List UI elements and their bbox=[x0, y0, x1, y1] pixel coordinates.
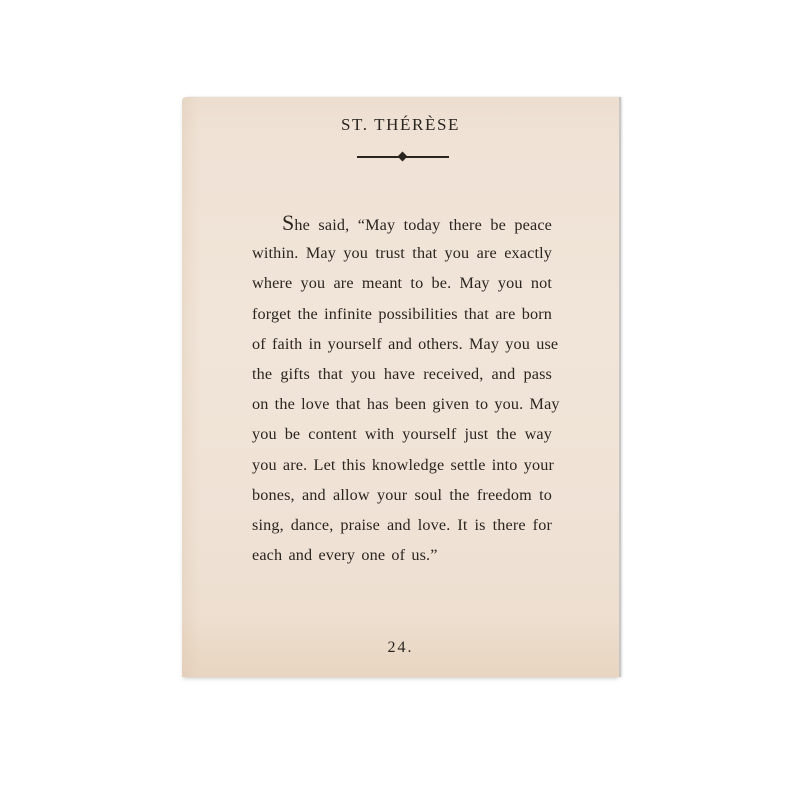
page-title: ST. THÉRÈSE bbox=[182, 115, 619, 135]
quote-line: you are. Let this knowledge settle into … bbox=[252, 450, 552, 480]
quote-line: forget the infinite possibilities that a… bbox=[252, 299, 552, 329]
quote-body: She said, “May today there be peace with… bbox=[252, 208, 552, 570]
quote-line: you be content with yourself just the wa… bbox=[252, 419, 552, 449]
diamond-ornament-icon bbox=[398, 152, 408, 162]
quote-line: each and every one of us.” bbox=[252, 540, 552, 570]
quote-line: bones, and allow your soul the freedom t… bbox=[252, 480, 552, 510]
quote-line: the gifts that you have received, and pa… bbox=[252, 359, 552, 389]
page-number: 24. bbox=[182, 639, 619, 657]
book-page-print: ST. THÉRÈSE She said, “May today there b… bbox=[182, 97, 619, 677]
drop-letter: S bbox=[282, 210, 294, 235]
quote-line: of faith in yourself and others. May you… bbox=[252, 329, 552, 359]
ornament-divider bbox=[357, 152, 449, 162]
quote-line: where you are meant to be. May you not bbox=[252, 268, 552, 298]
quote-line: She said, “May today there be peace bbox=[252, 208, 552, 238]
quote-line: sing, dance, praise and love. It is ther… bbox=[252, 510, 552, 540]
quote-line: within. May you trust that you are exact… bbox=[252, 238, 552, 268]
quote-line: on the love that has been given to you. … bbox=[252, 389, 552, 419]
product-image: ST. THÉRÈSE She said, “May today there b… bbox=[0, 0, 800, 800]
